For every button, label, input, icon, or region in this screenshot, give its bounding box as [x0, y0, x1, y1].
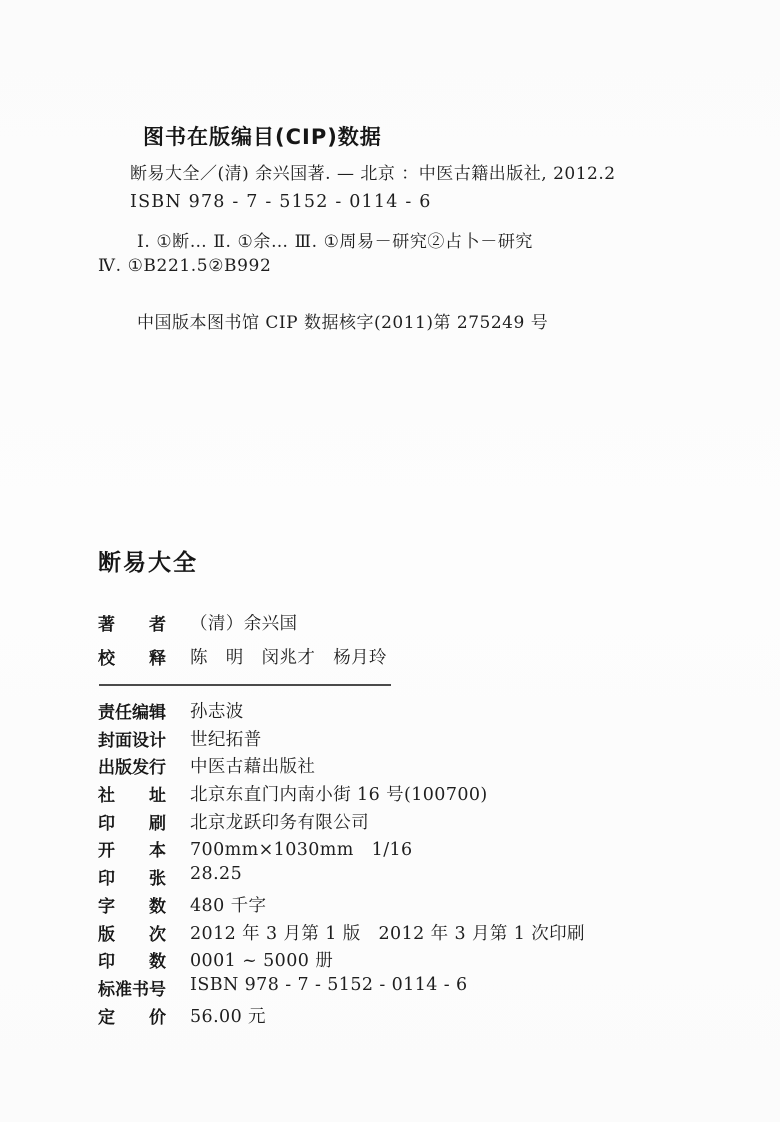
detail-value: 28.25	[190, 864, 242, 884]
detail-label: 印 数	[98, 947, 174, 972]
detail-label: 印 张	[98, 864, 174, 889]
detail-row-cover-design: 封面设计 世纪拓普	[98, 726, 585, 754]
detail-row-format: 开 本 700mm×1030mm 1/16	[98, 836, 585, 864]
detail-label: 字 数	[98, 892, 174, 917]
detail-value: 700mm×1030mm 1/16	[190, 836, 413, 861]
detail-row-publisher: 出版发行 中医古藉出版社	[98, 753, 585, 781]
detail-row-edition: 版 次 2012 年 3 月第 1 版 2012 年 3 月第 1 次印刷	[98, 920, 585, 948]
detail-label: 封面设计	[98, 726, 174, 751]
detail-row-isbn: 标准书号 ISBN 978 - 7 - 5152 - 0114 - 6	[98, 975, 585, 1003]
cip-heading: 图书在版编目(CIP)数据	[143, 121, 382, 151]
detail-label: 标准书号	[98, 975, 174, 1000]
credit-row-author: 著 者 （清）余兴国	[98, 610, 387, 644]
cip-registry-note: 中国版本图书馆 CIP 数据核字(2011)第 275249 号	[137, 308, 548, 333]
detail-label: 责任编辑	[98, 698, 174, 723]
cip-classification-line-2: Ⅳ. ①B221.5②B992	[98, 256, 271, 276]
detail-row-price: 定 价 56.00 元	[98, 1003, 585, 1031]
detail-value: 中医古藉出版社	[190, 753, 315, 778]
detail-label: 定 价	[98, 1003, 174, 1028]
detail-row-address: 社 址 北京东直门内南小街 16 号(100700)	[98, 781, 585, 809]
cip-classification-line-1: Ⅰ. ①断… Ⅱ. ①余… Ⅲ. ①周易－研究②占卜－研究	[137, 227, 533, 252]
detail-value: 孙志波	[190, 698, 244, 723]
detail-row-word-count: 字 数 480 千字	[98, 892, 585, 920]
cip-isbn-line: ISBN 978 - 7 - 5152 - 0114 - 6	[130, 192, 432, 212]
detail-label: 开 本	[98, 836, 174, 861]
detail-label: 版 次	[98, 920, 174, 945]
detail-row-sheets: 印 张 28.25	[98, 864, 585, 892]
cip-title-line: 断易大全／(清) 余兴国著. — 北京 ：中医古籍出版社, 2012.2	[130, 159, 616, 184]
detail-row-printer: 印 刷 北京龙跃印务有限公司	[98, 809, 585, 837]
detail-value: 0001 ~ 5000 册	[190, 947, 333, 972]
divider-line	[99, 684, 391, 686]
publication-details-block: 责任编辑 孙志波 封面设计 世纪拓普 出版发行 中医古藉出版社 社 址 北京东直…	[98, 698, 585, 1030]
credit-value-proofreaders: 陈 明 闵兆才 杨月玲	[190, 644, 387, 669]
detail-value: 480 千字	[190, 892, 266, 917]
detail-value: 56.00 元	[190, 1003, 266, 1028]
credit-label-proofreaders: 校 释	[98, 644, 174, 669]
copyright-page: 图书在版编目(CIP)数据 断易大全／(清) 余兴国著. — 北京 ：中医古籍出…	[0, 0, 780, 1122]
detail-label: 印 刷	[98, 809, 174, 834]
detail-row-editor: 责任编辑 孙志波	[98, 698, 585, 726]
detail-value: 世纪拓普	[190, 726, 262, 751]
detail-value: 北京东直门内南小街 16 号(100700)	[190, 781, 488, 806]
book-title: 断易大全	[98, 544, 198, 577]
detail-value: 2012 年 3 月第 1 版 2012 年 3 月第 1 次印刷	[190, 920, 585, 945]
credit-value-author: （清）余兴国	[190, 610, 297, 635]
credit-label-author: 著 者	[98, 610, 174, 635]
detail-value: ISBN 978 - 7 - 5152 - 0114 - 6	[190, 975, 468, 995]
credit-row-proofreaders: 校 释 陈 明 闵兆才 杨月玲	[98, 644, 387, 678]
detail-label: 出版发行	[98, 753, 174, 778]
detail-value: 北京龙跃印务有限公司	[190, 809, 369, 834]
credits-block: 著 者 （清）余兴国 校 释 陈 明 闵兆才 杨月玲	[98, 610, 387, 678]
detail-row-print-run: 印 数 0001 ~ 5000 册	[98, 947, 585, 975]
detail-label: 社 址	[98, 781, 174, 806]
